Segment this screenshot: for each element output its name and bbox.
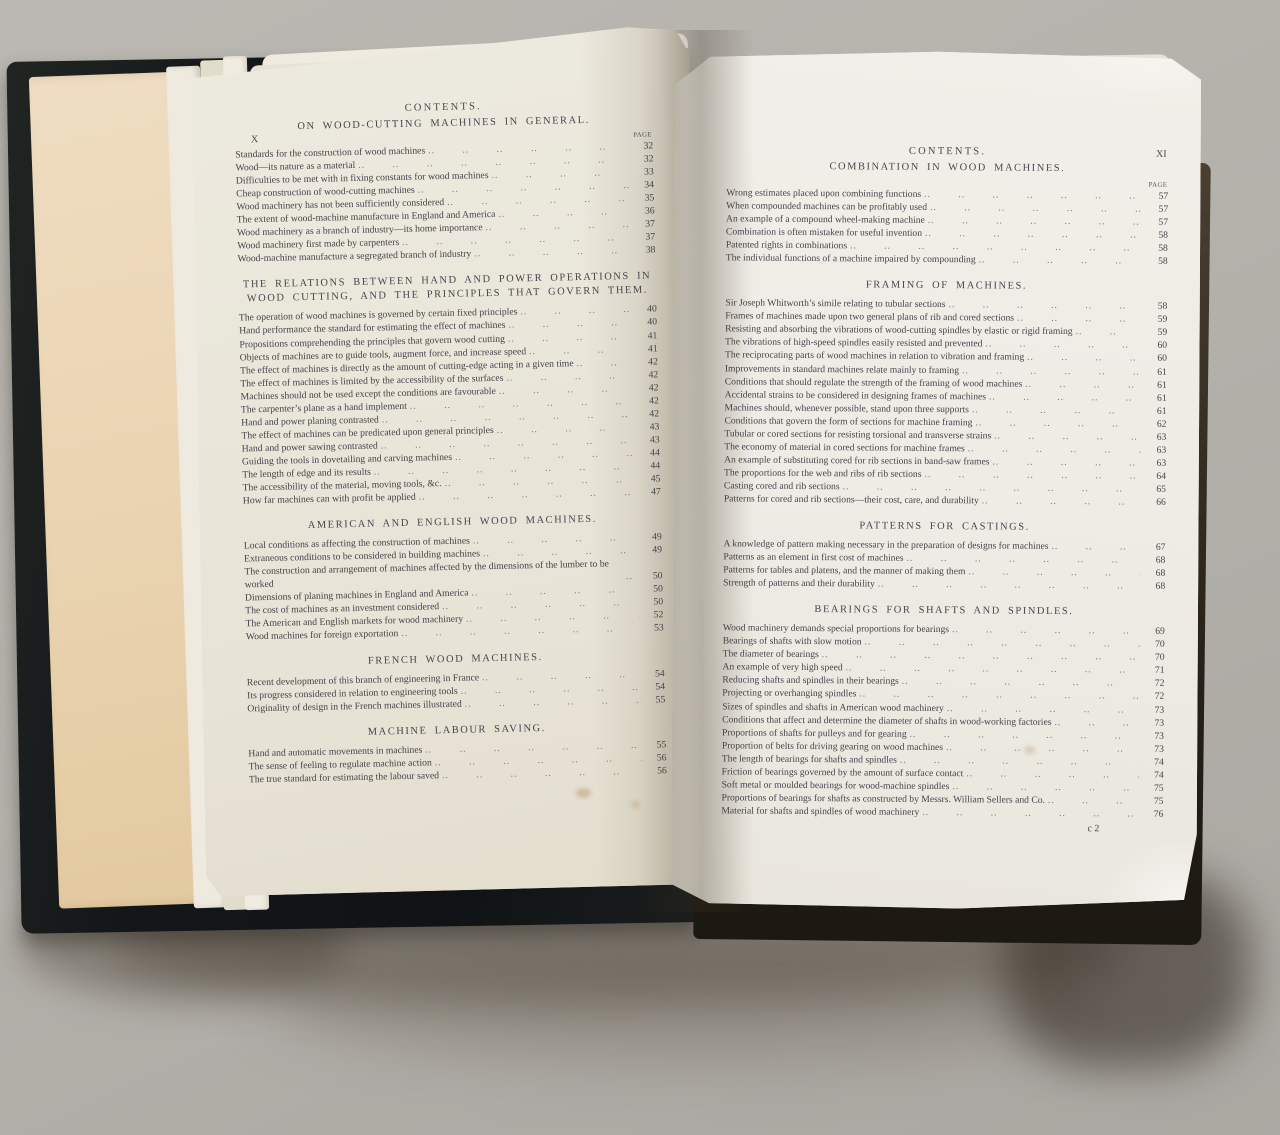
dot-leader (994, 429, 1141, 443)
toc-entry-page: 37 (633, 218, 655, 232)
toc-entry-page: 72 (1142, 690, 1164, 703)
toc-entry-title: Strength of patterns and their durabilit… (723, 577, 875, 591)
dot-leader (843, 480, 1141, 495)
toc-entry-page: 50 (641, 583, 663, 597)
toc-entry-page: 35 (632, 192, 654, 206)
dot-leader (465, 693, 641, 710)
foxing-stain (576, 788, 591, 798)
toc-entry-page: 55 (644, 738, 666, 752)
toc-entry-page: 75 (1142, 781, 1164, 794)
dot-leader (1054, 715, 1139, 729)
toc-entry-page: 73 (1142, 716, 1164, 729)
toc-entry-page: 61 (1144, 404, 1166, 417)
toc-entry-page: 57 (1146, 190, 1168, 203)
dot-leader (947, 702, 1139, 717)
toc-entry-page: 63 (1144, 430, 1166, 443)
toc-entry-title: The true standard for estimating the lab… (249, 769, 439, 786)
toc-entry-page: 76 (1141, 808, 1163, 821)
toc-sections: ON WOOD-CUTTING MACHINES IN GENERAL.PAGE… (235, 112, 667, 786)
toc-entry: Material for shafts and spindles of wood… (721, 804, 1163, 821)
toc-entry: Strength of patterns and their durabilit… (723, 577, 1165, 594)
toc-entry-page: 74 (1142, 755, 1164, 768)
toc-entry-page: 42 (637, 394, 659, 408)
toc-entry-page: 65 (1144, 483, 1166, 496)
toc-entry-page: 50 (640, 570, 662, 584)
toc-entry-page: 68 (1143, 567, 1165, 580)
dot-leader (989, 390, 1142, 404)
toc-entry-page: 58 (1146, 229, 1168, 242)
dot-leader (975, 416, 1141, 430)
dot-leader (968, 565, 1140, 579)
toc-entry-page: 70 (1143, 638, 1165, 651)
toc-entry-page: 41 (635, 329, 657, 343)
dot-leader (966, 767, 1138, 781)
toc-entry-page: 54 (643, 680, 665, 694)
toc-entry-page: 69 (1143, 625, 1165, 638)
toc-entry-title: Wood machines for foreign exportation (246, 628, 399, 644)
toc-entry-page: 43 (637, 433, 659, 447)
page-header: CONTENTS. (727, 144, 1169, 158)
dot-leader (962, 364, 1142, 378)
toc-entry-page: 42 (636, 355, 658, 369)
section-heading: PATTERNS FOR CASTINGS. (724, 518, 1166, 535)
dot-leader (985, 338, 1142, 352)
toc-entry-page: 66 (1144, 496, 1166, 509)
section-heading: FRAMING OF MACHINES. (725, 278, 1167, 295)
toc-entry-title: How far machines can with profit be appl… (243, 491, 416, 508)
toc-entry-title: Patterns for cored and rib sections—thei… (724, 492, 979, 507)
folio-number: XI (1156, 149, 1167, 160)
dot-leader (474, 244, 630, 260)
toc-entry-page: 62 (1144, 417, 1166, 430)
toc-entry-page: 43 (637, 420, 659, 434)
toc-entry-title: Patented rights in combinations (726, 239, 847, 253)
toc-entry-page: 36 (632, 205, 654, 219)
toc-entry-page: 34 (632, 179, 654, 193)
toc-entry-page: 63 (1144, 456, 1166, 469)
toc-entry-page: 49 (640, 544, 662, 558)
toc-entry-page: 61 (1145, 378, 1167, 391)
foxing-stain (1024, 746, 1035, 754)
dot-leader (850, 240, 1143, 255)
dot-leader (859, 688, 1139, 703)
toc-entry-page: 42 (636, 381, 658, 395)
toc-entry-page: 50 (641, 596, 663, 610)
toc-entry-page: 64 (1144, 470, 1166, 483)
dot-leader (982, 494, 1141, 508)
toc-entry-page: 61 (1145, 365, 1167, 378)
book-photo-scene: CONTENTS. X ON WOOD-CUTTING MACHINES IN … (0, 0, 1280, 1135)
toc-entry-page: 49 (640, 530, 662, 544)
toc-entry-title: An example of very high speed (722, 661, 842, 675)
toc-entry-page: 73 (1142, 703, 1164, 716)
toc-entry-title: The diameter of bearings (723, 648, 819, 662)
toc-entry-page: 57 (1146, 203, 1168, 216)
dot-leader (878, 578, 1140, 593)
toc-section: MACHINE LABOUR SAVING.Hand and automatic… (248, 719, 667, 786)
right-page: CONTENTS. XI COMBINATION IN WOOD MACHINE… (667, 48, 1204, 912)
toc-entry-page: 63 (1144, 443, 1166, 456)
toc-entry-title: Bearings of shafts with slow motion (723, 635, 862, 649)
toc-entry-page: 75 (1141, 794, 1163, 807)
dot-leader (846, 662, 1140, 677)
dot-leader (992, 455, 1141, 469)
toc-section: PATTERNS FOR CASTINGS.A knowledge of pat… (723, 518, 1166, 593)
toc-entry-title: Material for shafts and spindles of wood… (721, 804, 919, 819)
toc-entry-page: 42 (636, 368, 658, 382)
toc-entry-page: 67 (1143, 541, 1165, 554)
toc-entry-page: 70 (1143, 651, 1165, 664)
dot-leader (1027, 351, 1142, 365)
toc-entry-page: 40 (635, 316, 657, 330)
toc-entry-page: 60 (1145, 339, 1167, 352)
dot-leader (922, 806, 1138, 821)
toc-entry-page: 32 (631, 152, 653, 166)
section-heading: THE RELATIONS BETWEEN HAND AND POWER OPE… (238, 270, 657, 307)
dot-leader (952, 780, 1138, 795)
toc-entry: Patterns for cored and rib sections—thei… (724, 492, 1166, 509)
toc-entry-page: 68 (1143, 580, 1165, 593)
toc-entry-page: 53 (642, 622, 664, 636)
toc-entry-page: 59 (1145, 313, 1167, 326)
toc-entry-page: 54 (643, 667, 665, 681)
dot-leader (626, 570, 638, 583)
toc-entry-page: 58 (1146, 242, 1168, 255)
toc-section: FRAMING OF MACHINES.Sir Joseph Whitworth… (724, 278, 1168, 509)
toc-entry-page: 55 (643, 693, 665, 707)
toc-entry-page: 47 (639, 485, 661, 499)
toc-entry-title: Projecting or overhanging spindles (722, 687, 856, 701)
toc-sections: COMBINATION IN WOOD MACHINES.PAGEWrong e… (721, 159, 1168, 820)
toc-entry-page: 32 (631, 139, 653, 153)
toc-section: AMERICAN AND ENGLISH WOOD MACHINES.Local… (243, 511, 664, 643)
folio-number: X (251, 134, 258, 145)
toc-entry-page: 41 (635, 342, 657, 356)
dot-leader (949, 298, 1143, 313)
dot-leader (1025, 377, 1141, 391)
dot-leader (1017, 312, 1142, 326)
signature-mark: c 2 (721, 820, 1099, 834)
toc-entry-page: 60 (1145, 352, 1167, 365)
toc-section: FRENCH WOOD MACHINES.Recent development … (246, 648, 665, 715)
dot-leader (910, 727, 1139, 742)
foxing-stain (631, 801, 640, 808)
toc-entry-title: The individual functions of a machine im… (726, 252, 976, 267)
dot-leader (1051, 540, 1140, 554)
toc-entry-page: 33 (632, 166, 654, 180)
dot-leader (1048, 794, 1139, 808)
toc-entry-page: 44 (638, 446, 660, 460)
toc-entry-page: 59 (1145, 326, 1167, 339)
toc-section: COMBINATION IN WOOD MACHINES.PAGEWrong e… (726, 159, 1169, 268)
toc-entry-page: 74 (1142, 768, 1164, 781)
toc-entry-page: 38 (633, 244, 655, 258)
section-heading: COMBINATION IN WOOD MACHINES. (726, 159, 1168, 176)
toc-entry-page: 40 (635, 303, 657, 317)
toc-entry-page: 57 (1146, 216, 1168, 229)
toc-section: BEARINGS FOR SHAFTS AND SPINDLES.Wood ma… (721, 603, 1165, 821)
toc-entry-page: 37 (633, 231, 655, 245)
toc-entry-page: 45 (638, 472, 660, 486)
toc-entry-page: 73 (1142, 742, 1164, 755)
dot-leader (968, 442, 1142, 456)
toc-entry-page: 56 (644, 751, 666, 765)
toc-entry-page: 72 (1142, 677, 1164, 690)
right-page-content: CONTENTS. XI COMBINATION IN WOOD MACHINE… (721, 144, 1168, 834)
dot-leader (972, 403, 1142, 417)
toc-section: ON WOOD-CUTTING MACHINES IN GENERAL.PAGE… (235, 112, 656, 266)
dot-leader (900, 753, 1139, 768)
toc-entry-page: 44 (638, 459, 660, 473)
toc-entry-title: Casting cored and rib sections (724, 479, 840, 493)
dot-leader (1076, 325, 1143, 339)
dot-leader (979, 254, 1143, 268)
section-heading: BEARINGS FOR SHAFTS AND SPINDLES. (723, 603, 1165, 620)
toc-entry-page: 61 (1145, 391, 1167, 404)
toc-section: THE RELATIONS BETWEEN HAND AND POWER OPE… (238, 270, 661, 508)
dot-leader (576, 356, 633, 370)
toc-entry: The individual functions of a machine im… (726, 252, 1168, 269)
toc-entry-page: 71 (1142, 664, 1164, 677)
toc-entry-page: 68 (1143, 554, 1165, 567)
toc-entry-page: 58 (1145, 300, 1167, 313)
left-page-content: CONTENTS. X ON WOOD-CUTTING MACHINES IN … (234, 97, 667, 786)
toc-entry-page: 58 (1146, 255, 1168, 268)
toc-entry-title: The length of bearings for shafts and sp… (722, 752, 897, 766)
left-page: CONTENTS. X ON WOOD-CUTTING MACHINES IN … (187, 23, 708, 898)
dot-leader (906, 552, 1140, 567)
toc-entry-page: 52 (641, 609, 663, 623)
toc-entry-page: 56 (645, 764, 667, 778)
toc-entry-page: 42 (637, 407, 659, 421)
toc-entry-page: 73 (1142, 729, 1164, 742)
